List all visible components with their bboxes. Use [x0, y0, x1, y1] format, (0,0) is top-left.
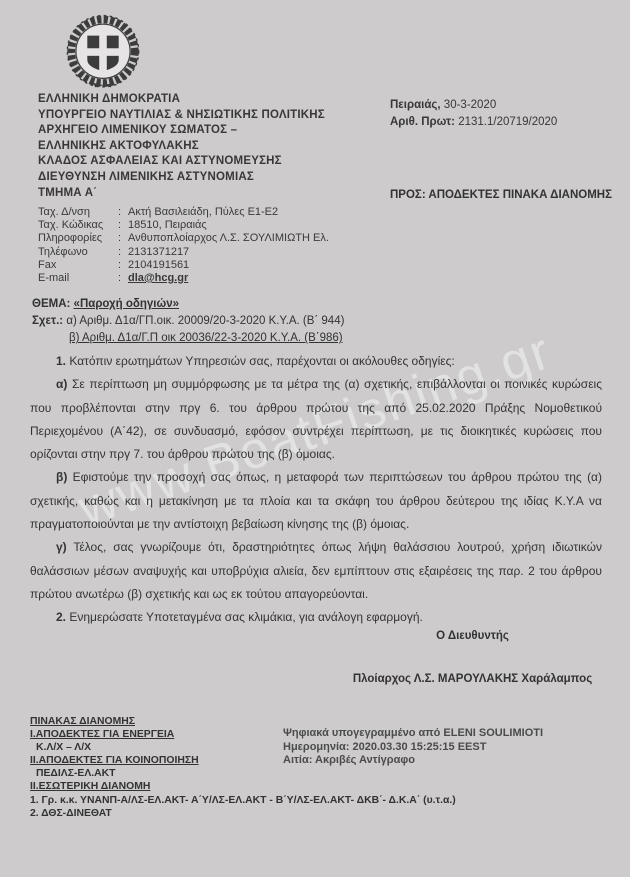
greek-state-emblem-icon	[58, 10, 148, 96]
distribution-section3-heading: ΙΙ.ΕΣΩΤΕΡΙΚΗ ΔΙΑΝΟΜΗ	[30, 780, 456, 793]
paragraph-text: Σε περίπτωση μη συμμόρφωσης με τα μέτρα …	[30, 377, 602, 461]
references-label: Σχετ.:	[32, 315, 63, 327]
colon: :	[118, 246, 128, 259]
place-date-line: Πειραιάς, 30-3-2020	[390, 97, 557, 114]
body-paragraph-b: β) Εφιστούμε την προσοχή σας όπως, η μετ…	[30, 466, 602, 536]
paragraph-leader: β)	[56, 470, 67, 484]
colon: :	[118, 206, 128, 219]
org-line: ΤΜΗΜΑ Α΄	[38, 186, 325, 202]
paragraph-text: Τέλος, σας γνωρίζουμε ότι, δραστηριότητε…	[30, 540, 602, 601]
document-page: www.BoatFishing.gr ΕΛΛΗΝΙΚΗ ΔΗΜΟΚΡΑΤΙΑ Υ…	[0, 0, 630, 877]
colon: :	[118, 232, 128, 245]
email-link[interactable]: dla@hcg.gr	[128, 272, 188, 285]
contact-label: Τηλέφωνο	[38, 246, 118, 259]
contact-row-fax: Fax : 2104191561	[38, 259, 329, 272]
digital-signature-stamp: Ψηφιακά υπογεγραμμένο από ELENI SOULIMIO…	[283, 727, 543, 768]
colon: :	[118, 272, 128, 285]
paragraph-leader: 1.	[56, 354, 66, 368]
org-line: ΕΛΛΗΝΙΚΗ ΔΗΜΟΚΡΑΤΙΑ	[38, 92, 325, 108]
digital-signature-date: Ημερομηνία: 2020.03.30 15:25:15 EEST	[283, 741, 543, 755]
colon: :	[118, 259, 128, 272]
contact-row-address: Ταχ. Δ/νση : Ακτή Βασιλειάδη, Πύλες Ε1-Ε…	[38, 206, 329, 219]
paragraph-text: Εφιστούμε την προσοχή σας όπως, η μεταφο…	[30, 470, 602, 531]
reference-b-line: β) Αριθμ. Δ1α/Γ.Π οικ 20036/22-3-2020 Κ.…	[32, 330, 344, 347]
subject-label: ΘΕΜΑ:	[32, 298, 70, 310]
protocol-number: 2131.1/20719/2020	[458, 116, 557, 128]
protocol-line: Αριθ. Πρωτ: 2131.1/20719/2020	[390, 114, 557, 131]
contact-row-information: Πληροφορίες : Ανθυποπλοίαρχος Λ.Σ. ΣΟΥΛΙ…	[38, 232, 329, 245]
body-paragraph-2: 2. Ενημερώσατε Υποτεταγμένα σας κλιμάκια…	[30, 606, 602, 629]
paragraph-text: Κατόπιν ερωτημάτων Υπηρεσιών σας, παρέχο…	[66, 354, 455, 368]
distribution-section2-item: ΠΕΔΙΛΣ-ΕΛ.ΑΚΤ	[30, 767, 456, 780]
date-value: 30-3-2020	[444, 99, 496, 111]
contact-row-postcode: Ταχ. Κώδικας : 18510, Πειραιάς	[38, 219, 329, 232]
reference-a: α) Αριθμ. Δ1α/ΓΠ.οικ. 20009/20-3-2020 Κ.…	[66, 315, 344, 327]
signatory-title: Ο Διευθυντής	[330, 630, 615, 642]
colon: :	[118, 219, 128, 232]
contact-value: 18510, Πειραιάς	[128, 219, 207, 232]
contact-value: 2131371217	[128, 246, 189, 259]
place-label: Πειραιάς,	[390, 99, 441, 111]
org-line: ΚΛΑΔΟΣ ΑΣΦΑΛΕΙΑΣ ΚΑΙ ΑΣΤΥΝΟΜΕΥΣΗΣ	[38, 154, 325, 170]
subject-title: «Παροχή οδηγιών»	[74, 298, 179, 310]
contact-row-phone: Τηλέφωνο : 2131371217	[38, 246, 329, 259]
contact-block: Ταχ. Δ/νση : Ακτή Βασιλειάδη, Πύλες Ε1-Ε…	[38, 206, 329, 285]
distribution-section3-item2: 2. ΔΘΣ-ΔΙΝΕΘΑΤ	[30, 807, 456, 820]
body-paragraph-c: γ) Τέλος, σας γνωρίζουμε ότι, δραστηριότ…	[30, 536, 602, 606]
body-paragraph-1: 1. Κατόπιν ερωτημάτων Υπηρεσιών σας, παρ…	[30, 350, 602, 373]
contact-value: Ακτή Βασιλειάδη, Πύλες Ε1-Ε2	[128, 206, 278, 219]
contact-label: Ταχ. Δ/νση	[38, 206, 118, 219]
subject-block: ΘΕΜΑ: «Παροχή οδηγιών» Σχετ.: α) Αριθμ. …	[32, 296, 344, 348]
date-protocol-block: Πειραιάς, 30-3-2020 Αριθ. Πρωτ: 2131.1/2…	[390, 97, 557, 131]
body-paragraph-a: α) Σε περίπτωση μη συμμόρφωσης με τα μέτ…	[30, 373, 602, 466]
paragraph-leader: γ)	[56, 540, 67, 554]
paragraph-text: Ενημερώσατε Υποτεταγμένα σας κλιμάκια, γ…	[66, 610, 423, 624]
contact-label: E-mail	[38, 272, 118, 285]
org-line: ΔΙΕΥΘΥΝΣΗ ΛΙΜΕΝΙΚΗΣ ΑΣΤΥΝΟΜΙΑΣ	[38, 170, 325, 186]
org-line: ΥΠΟΥΡΓΕΙΟ ΝΑΥΤΙΛΙΑΣ & ΝΗΣΙΩΤΙΚΗΣ ΠΟΛΙΤΙΚ…	[38, 108, 325, 124]
protocol-label: Αριθ. Πρωτ:	[390, 116, 455, 128]
contact-row-email: E-mail : dla@hcg.gr	[38, 272, 329, 285]
org-line: ΑΡΧΗΓΕΙΟ ΛΙΜΕΝΙΚΟΥ ΣΩΜΑΤΟΣ –	[38, 123, 325, 139]
contact-label: Πληροφορίες	[38, 232, 118, 245]
letter-body: 1. Κατόπιν ερωτημάτων Υπηρεσιών σας, παρ…	[30, 350, 602, 630]
reference-b: β) Αριθμ. Δ1α/Γ.Π οικ 20036/22-3-2020 Κ.…	[69, 332, 343, 344]
signatory-name: Πλοίαρχος Λ.Σ. ΜΑΡΟΥΛΑΚΗΣ Χαράλαμπος	[330, 673, 615, 685]
signature-block: Ο Διευθυντής Πλοίαρχος Λ.Σ. ΜΑΡΟΥΛΑΚΗΣ Χ…	[330, 630, 615, 685]
contact-label: Fax	[38, 259, 118, 272]
contact-value: Ανθυποπλοίαρχος Λ.Σ. ΣΟΥΛΙΜΙΩΤΗ Ελ.	[128, 232, 329, 245]
reference-a-line: Σχετ.: α) Αριθμ. Δ1α/ΓΠ.οικ. 20009/20-3-…	[32, 313, 344, 330]
digital-signature-reason: Αιτία: Ακριβές Αντίγραφο	[283, 754, 543, 768]
contact-label: Ταχ. Κώδικας	[38, 219, 118, 232]
digital-signature-signer: Ψηφιακά υπογεγραμμένο από ELENI SOULIMIO…	[283, 727, 543, 741]
recipient-line: ΠΡΟΣ: ΑΠΟΔΕΚΤΕΣ ΠΙΝΑΚΑ ΔΙΑΝΟΜΗΣ	[390, 189, 612, 201]
distribution-section3-item1: 1. Γρ. κ.κ. ΥΝΑΝΠ-Α/ΛΣ-ΕΛ.ΑΚΤ- Α΄Υ/ΛΣ-ΕΛ…	[30, 794, 456, 807]
contact-value: 2104191561	[128, 259, 189, 272]
subject-line: ΘΕΜΑ: «Παροχή οδηγιών»	[32, 296, 344, 313]
org-line: ΕΛΛΗΝΙΚΗΣ ΑΚΤΟΦΥΛΑΚΗΣ	[38, 139, 325, 155]
paragraph-leader: 2.	[56, 610, 66, 624]
paragraph-leader: α)	[56, 377, 67, 391]
letterhead-org-block: ΕΛΛΗΝΙΚΗ ΔΗΜΟΚΡΑΤΙΑ ΥΠΟΥΡΓΕΙΟ ΝΑΥΤΙΛΙΑΣ …	[38, 92, 325, 201]
